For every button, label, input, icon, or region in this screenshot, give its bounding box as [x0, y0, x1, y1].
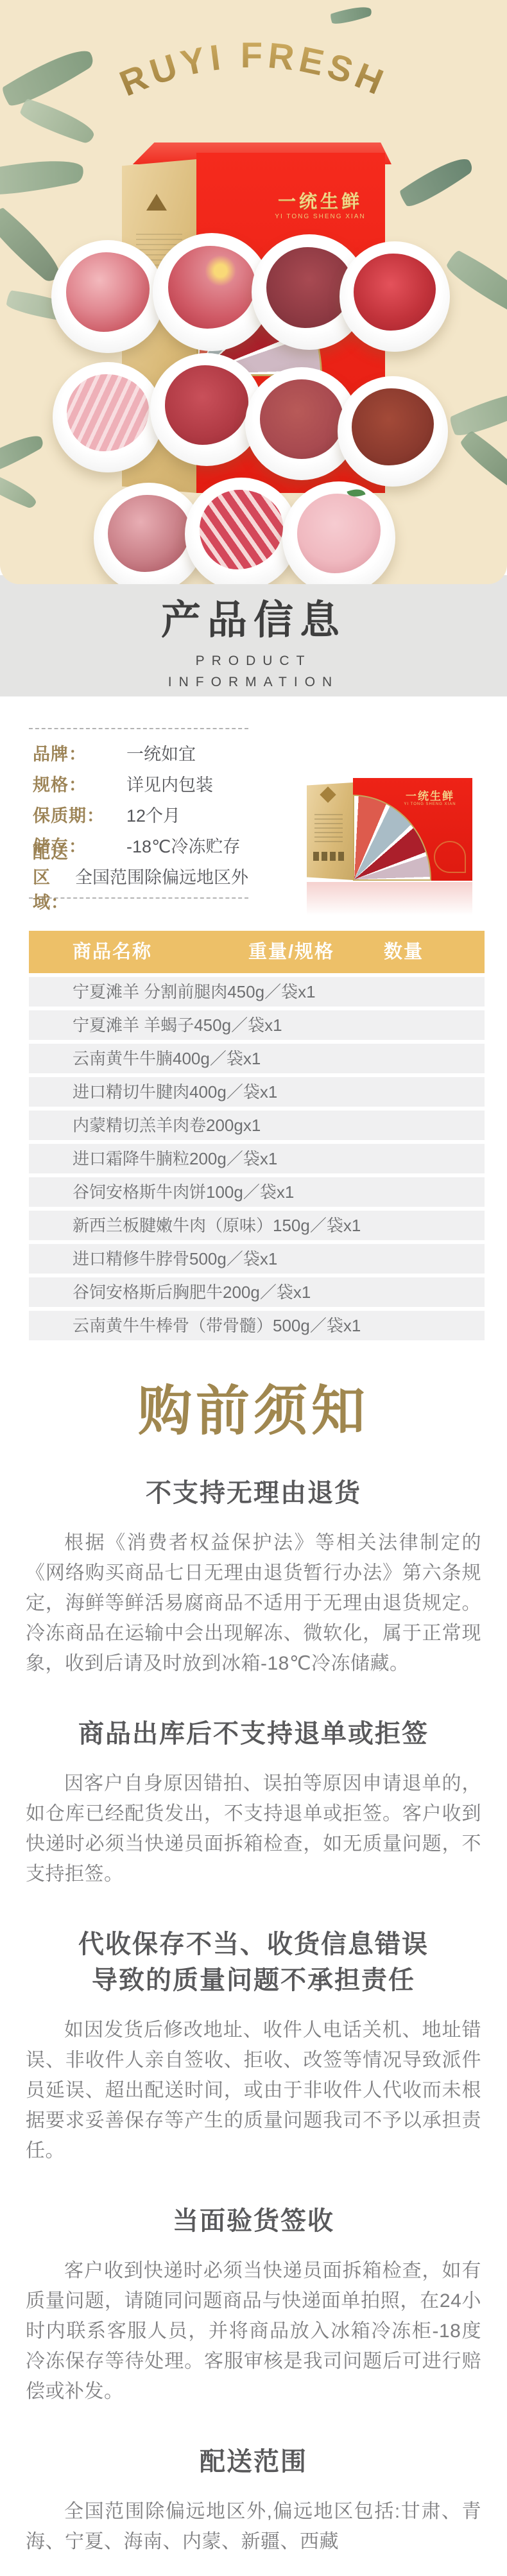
spec-row-spec: 规格： 详见内包装: [33, 768, 248, 799]
box-fine-print: [314, 811, 343, 844]
spec-row-brand: 品牌： 一统如宜: [33, 737, 248, 768]
column-header-quantity: 数量: [384, 931, 424, 973]
table-row: 进口霜降牛腩粒200g／袋x1: [29, 1144, 485, 1173]
spec-value: -18℃冷冻贮存: [126, 833, 240, 858]
leaf-decoration: [442, 248, 507, 320]
spec-value: 全国范围除偏远地区外: [75, 863, 248, 888]
notice-body: 客户收到快递时必须当快递员面拆箱检查，如有质量问题，请随同问题商品与快递面单拍照…: [26, 2256, 481, 2407]
hero-banner: RUYI FRESH 一统生鲜 YI TONG SHENG XIAN: [0, 0, 507, 584]
box-care-icons: [313, 852, 345, 861]
leaf-decoration: [0, 427, 46, 481]
meat-plate-marinated-beef: [338, 376, 448, 487]
meat-plate-beef-shank: [339, 241, 450, 352]
table-row: 谷饲安格斯后胸肥牛200g／袋x1: [29, 1277, 485, 1307]
notice-heading-line1: 代收保存不当、收货信息错误: [0, 1926, 507, 1962]
contents-table: 商品名称 重量/规格 数量 宁夏滩羊 分割前腿肉450g／袋x1 宁夏滩羊 羊蝎…: [29, 931, 485, 1340]
gift-box-product-photo: 一统生鲜 YI TONG SHENG XIAN: [307, 778, 472, 919]
table-row: 宁夏滩羊 分割前腿肉450g／袋x1: [29, 977, 485, 1007]
leaf-decoration: [397, 148, 475, 214]
notice-heading-inspect-on-delivery: 当面验货签收: [0, 2203, 507, 2239]
notice-body: 根据《消费者权益保护法》等相关法律制定的《网络购买商品七日无理由退货暂行办法》第…: [26, 1528, 481, 1679]
box-reflection: [307, 882, 472, 915]
spec-label: 配送区域：: [33, 838, 75, 913]
product-detail-page: RUYI FRESH 一统生鲜 YI TONG SHENG XIAN 产品信息: [0, 0, 507, 2576]
column-header-weight: 重量/规格: [248, 931, 334, 973]
spec-label: 保质期：: [33, 802, 126, 827]
brand-arc-text: RUYI FRESH: [114, 35, 393, 104]
purchase-notice-section: 购前须知 不支持无理由退货 根据《消费者权益保护法》等相关法律制定的《网络购买商…: [0, 1384, 507, 2557]
gold-floral-ornament: [434, 841, 466, 873]
table-row: 云南黄牛牛腩400g／袋x1: [29, 1044, 485, 1073]
section-title: 产品信息: [0, 601, 507, 641]
table-row: 新西兰板腱嫩牛肉（原味）150g／袋x1: [29, 1211, 485, 1240]
brand-arc-title: RUYI FRESH: [0, 0, 507, 141]
notice-title: 购前须知: [0, 1384, 507, 1438]
meat-plate-beef-slices: [185, 478, 298, 584]
photo-box-front: 一统生鲜 YI TONG SHENG XIAN: [353, 778, 472, 881]
spec-list: 品牌： 一统如宜 规格： 详见内包装 保质期： 12个月 储存： -18℃冷冻贮…: [29, 728, 248, 899]
spec-row-delivery-area: 配送区域： 全国范围除偏远地区外: [33, 860, 248, 891]
notice-heading-storage-liability: 代收保存不当、收货信息错误 导致的质量问题不承担责任: [0, 1926, 507, 1998]
diamond-logo: [320, 786, 336, 802]
table-row: 宁夏滩羊 羊蝎子450g／袋x1: [29, 1010, 485, 1040]
product-info-section: 品牌： 一统如宜 规格： 详见内包装 保质期： 12个月 储存： -18℃冷冻贮…: [0, 696, 507, 931]
spec-row-shelf-life: 保质期： 12个月: [33, 799, 248, 829]
meat-plate-lamb-rolls: [53, 362, 163, 472]
leaf-decoration: [456, 429, 507, 494]
leaf-decoration: [0, 150, 85, 203]
photo-box-title: 一统生鲜: [391, 787, 468, 803]
table-row: 谷饲安格斯牛肉饼100g／袋x1: [29, 1177, 485, 1207]
section-subtitle-line2: INFORMATION: [0, 672, 507, 693]
table-row: 进口精切牛腱肉400g／袋x1: [29, 1077, 485, 1107]
notice-heading-no-cancel: 商品出库后不支持退单或拒签: [0, 1716, 507, 1752]
table-row: 内蒙精切羔羊肉卷200gx1: [29, 1111, 485, 1140]
notice-body: 如因发货后修改地址、收件人电话关机、地址错误、非收件人亲自签收、拒收、改签等情况…: [26, 2015, 481, 2166]
column-header-name: 商品名称: [73, 931, 152, 973]
notice-heading-delivery-range: 配送范围: [0, 2444, 507, 2480]
svg-text:RUYI FRESH: RUYI FRESH: [114, 35, 393, 104]
section-subtitle: PRODUCT INFORMATION: [0, 651, 507, 693]
notice-body: 因客户自身原因错拍、误拍等原因申请退单的，如仓库已经配货发出，不支持退单或拒签。…: [26, 1768, 481, 1889]
meat-plate-bone-marrow: [282, 481, 395, 584]
product-info-header: 产品信息 PRODUCT INFORMATION: [0, 575, 507, 696]
spec-value: 12个月: [126, 802, 180, 827]
brand-triangle-logo: [146, 194, 167, 211]
leaf-decoration: [0, 471, 40, 510]
table-header-row: 商品名称 重量/规格 数量: [29, 931, 485, 973]
gift-box-subtitle: YI TONG SHENG XIAN: [266, 213, 375, 220]
notice-body: 全国范围除偏远地区外,偏远地区包括:甘肃、青海、宁夏、海南、内蒙、新疆、西藏: [26, 2496, 481, 2557]
gift-box-title: 一统生鲜: [266, 187, 375, 213]
meat-plate-lamb-foreleg: [51, 240, 164, 353]
table-row: 进口精修牛脖骨500g／袋x1: [29, 1244, 485, 1274]
section-subtitle-line1: PRODUCT: [0, 651, 507, 672]
spec-label: 品牌：: [33, 740, 126, 765]
spec-label: 规格：: [33, 771, 126, 796]
notice-heading-no-returns: 不支持无理由退货: [0, 1475, 507, 1511]
notice-heading-line2: 导致的质量问题不承担责任: [0, 1962, 507, 1998]
spec-value: 一统如宜: [126, 740, 196, 765]
photo-box-subtitle: YI TONG SHENG XIAN: [391, 802, 468, 806]
table-row: 云南黄牛牛棒骨（带骨髓）500g／袋x1: [29, 1311, 485, 1340]
spec-value: 详见内包装: [126, 771, 213, 796]
mint-garnish: [347, 486, 365, 500]
photo-box-fan-artwork: [353, 795, 431, 881]
photo-box-side-panel: [307, 782, 353, 880]
